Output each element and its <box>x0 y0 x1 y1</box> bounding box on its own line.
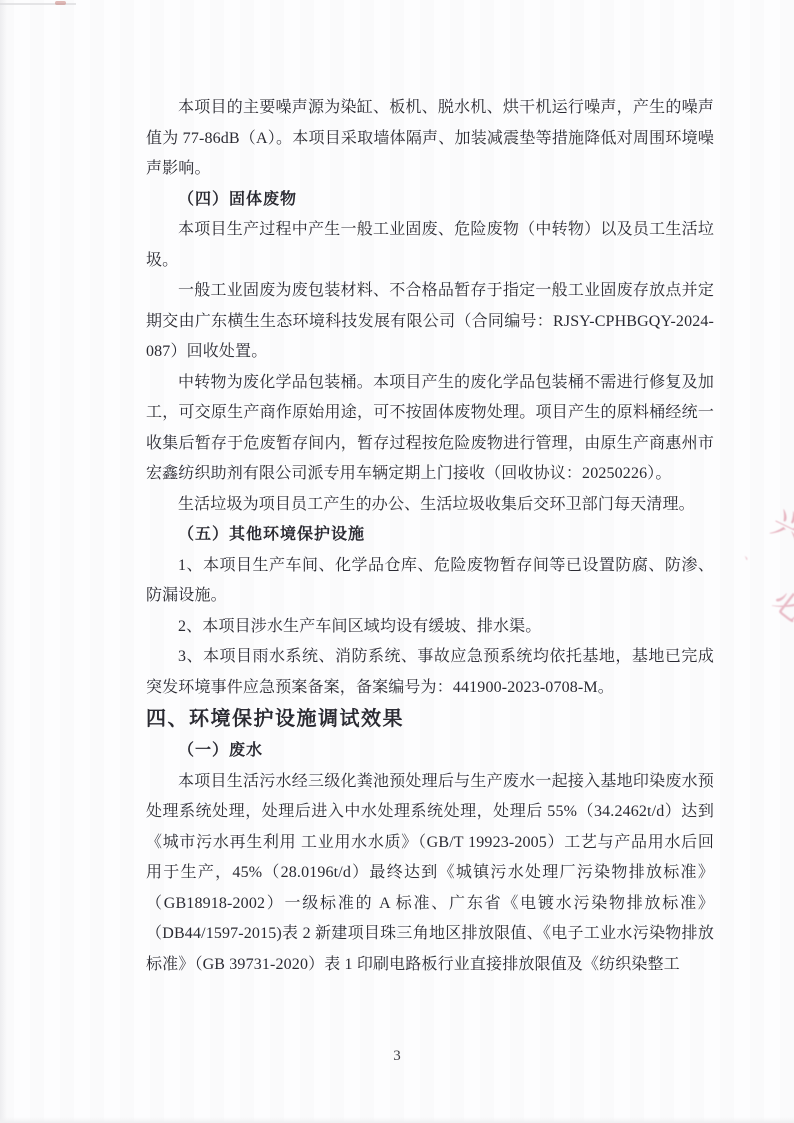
scan-corner-mark <box>55 1 66 5</box>
paragraph: 1、本项目生产车间、化学品仓库、危险废物暂存间等已设置防腐、防渗、防漏设施。 <box>146 551 714 612</box>
paragraph: 中转物为废化学品包装桶。本项目产生的废化学品包装桶不需进行修复及加工，可交原生产… <box>146 368 714 490</box>
section-heading: （一）废水 <box>146 736 714 767</box>
paragraph: 2、本项目涉水生产车间区域均设有缓坡、排水渠。 <box>146 612 714 643</box>
chapter-heading: 四、环境保护设施调试效果 <box>146 703 714 736</box>
document-body: 本项目的主要噪声源为染缸、板机、脱水机、烘干机运行噪声，产生的噪声值为 77-8… <box>146 93 714 980</box>
paragraph: 本项目的主要噪声源为染缸、板机、脱水机、烘干机运行噪声，产生的噪声值为 77-8… <box>146 93 714 185</box>
paragraph: 3、本项目雨水系统、消防系统、事故应急预系统均依托基地，基地已完成突发环境事件应… <box>146 642 714 703</box>
section-heading: （四）固体废物 <box>146 185 714 216</box>
document-page: 本项目的主要噪声源为染缸、板机、脱水机、烘干机运行噪声，产生的噪声值为 77-8… <box>0 0 794 1123</box>
red-stamp-fragment-icon: 兴 <box>765 495 794 554</box>
scan-edge-left <box>0 0 7 1123</box>
paragraph: 本项目生产过程中产生一般工业固废、危险废物（中转物）以及员工生活垃圾。 <box>146 215 714 276</box>
page-number: 3 <box>0 1048 794 1065</box>
paragraph: 生活垃圾为项目员工产生的办公、生活垃圾收集后交环卫部门每天清理。 <box>146 490 714 521</box>
red-stamp-fragment-icon: 必 <box>764 572 794 634</box>
scan-edge-bottom <box>0 1117 794 1123</box>
section-heading: （五）其他环境保护设施 <box>146 520 714 551</box>
paragraph: 一般工业固废为废包装材料、不合格品暂存于指定一般工业固废存放点并定期交由广东横生… <box>146 276 714 368</box>
paragraph: 本项目生活污水经三级化粪池预处理后与生产废水一起接入基地印染废水预处理系统处理，… <box>146 767 714 981</box>
red-stamp-fragment-icon: 、 <box>743 544 760 566</box>
